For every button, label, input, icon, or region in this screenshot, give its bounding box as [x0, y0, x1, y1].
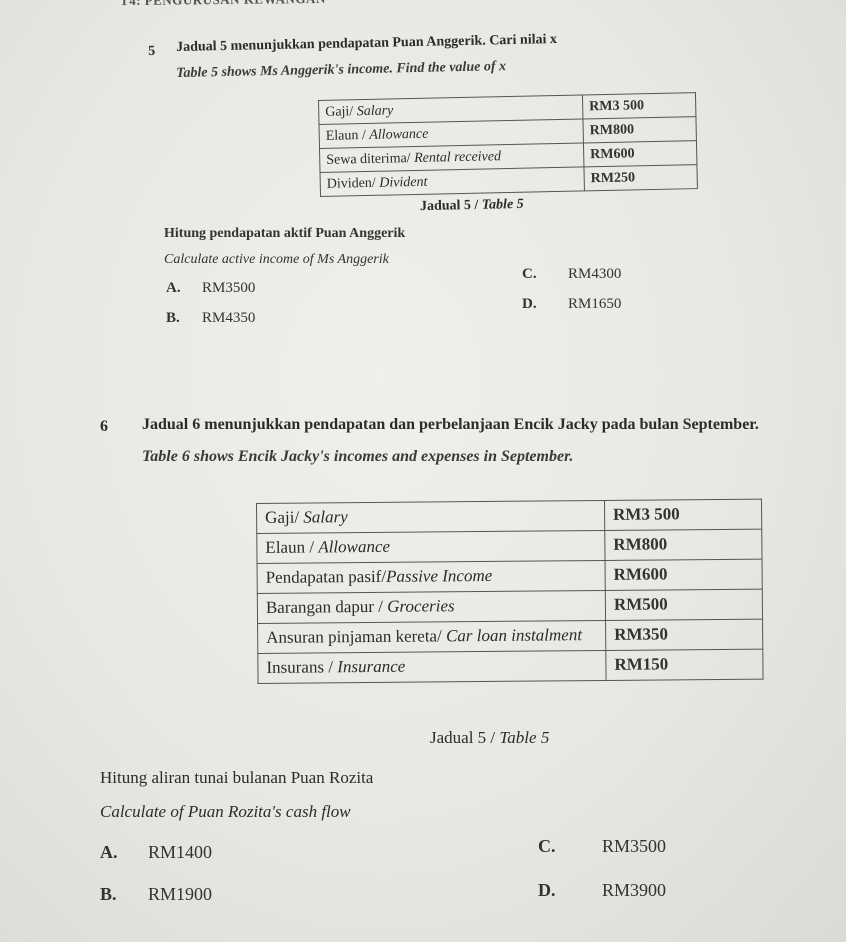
- table-row: Gaji/ Salary RM3 500: [257, 499, 762, 533]
- question-6-calc-en: Calculate of Puan Rozita's cash flow: [100, 802, 351, 822]
- option-letter: B.: [100, 884, 148, 905]
- question-6-option-c[interactable]: C.RM3500: [538, 836, 666, 857]
- caption-en: Table 5: [482, 197, 524, 213]
- option-value: RM4350: [202, 310, 255, 326]
- row-value: RM150: [606, 649, 763, 680]
- label-en: Allowance: [369, 126, 428, 142]
- label-ms: Elaun /: [326, 127, 370, 143]
- label-en: Salary: [357, 103, 394, 119]
- label-en: Passive Income: [386, 566, 492, 586]
- row-value: RM800: [605, 529, 762, 560]
- label-en: Car loan instalment: [446, 625, 582, 645]
- question-5-prompt-ms: Jadual 5 menunjukkan pendapatan Puan Ang…: [176, 32, 557, 56]
- page-header: T4: PENGURUSAN KEWANGAN: [120, 0, 326, 9]
- question-6-option-a[interactable]: A.RM1400: [100, 842, 212, 863]
- label-en: Salary: [303, 507, 348, 526]
- question-6-calc-ms: Hitung aliran tunai bulanan Puan Rozita: [100, 768, 373, 788]
- option-value: RM1400: [148, 842, 212, 862]
- row-value: RM600: [583, 141, 696, 167]
- table-row: Elaun / Allowance RM800: [257, 529, 762, 563]
- label-en: Insurance: [337, 657, 405, 677]
- label-ms: Barangan dapur /: [266, 597, 387, 617]
- question-5-prompt-en: Table 5 shows Ms Anggerik's income. Find…: [176, 59, 506, 82]
- label-ms: Elaun /: [265, 537, 318, 556]
- row-label: Elaun / Allowance: [257, 530, 605, 563]
- label-ms: Gaji/: [265, 508, 303, 527]
- row-label: Ansuran pinjaman kereta/ Car loan instal…: [258, 620, 606, 653]
- question-6-option-d[interactable]: D.RM3900: [538, 880, 666, 901]
- question-5-calc-en: Calculate active income of Ms Anggerik: [164, 252, 389, 268]
- row-label: Dividen/ Divident: [320, 167, 584, 197]
- option-letter: C.: [522, 266, 568, 283]
- caption-en: Table 5: [499, 728, 549, 747]
- option-value: RM4300: [568, 266, 621, 282]
- row-value: RM800: [583, 117, 696, 143]
- table-6-income-expenses: Gaji/ Salary RM3 500 Elaun / Allowance R…: [256, 499, 764, 684]
- table-5-caption: Jadual 5 / Table 5: [420, 197, 524, 215]
- question-5-option-d[interactable]: D.RM1650: [522, 296, 621, 313]
- table-row: Ansuran pinjaman kereta/ Car loan instal…: [258, 619, 763, 653]
- option-value: RM1650: [568, 296, 621, 312]
- label-en: Rental received: [414, 149, 501, 166]
- label-en: Groceries: [387, 596, 455, 616]
- table-row: Insurans / Insurance RM150: [258, 649, 763, 683]
- row-value: RM250: [584, 165, 697, 191]
- row-value: RM3 500: [582, 93, 695, 119]
- question-6-option-b[interactable]: B.RM1900: [100, 884, 212, 905]
- label-ms: Insurans /: [266, 657, 337, 677]
- caption-ms: Jadual 5 /: [430, 728, 499, 747]
- option-value: RM3900: [602, 880, 666, 900]
- row-value: RM500: [605, 589, 762, 620]
- row-label: Barangan dapur / Groceries: [257, 590, 605, 623]
- caption-ms: Jadual 5 /: [420, 198, 482, 214]
- label-en: Allowance: [318, 537, 390, 557]
- table-5-income: Gaji/ Salary RM3 500 Elaun / Allowance R…: [318, 92, 698, 197]
- label-ms: Pendapatan pasif/: [266, 567, 387, 587]
- question-5-option-b[interactable]: B.RM4350: [166, 310, 255, 327]
- question-5-number: 5: [148, 44, 155, 60]
- table-row: Barangan dapur / Groceries RM500: [257, 589, 762, 623]
- option-letter: A.: [166, 280, 202, 297]
- option-letter: D.: [522, 296, 568, 313]
- label-ms: Dividen/: [327, 175, 380, 191]
- label-ms: Gaji/: [325, 104, 357, 120]
- question-6-number: 6: [100, 418, 108, 436]
- option-letter: D.: [538, 880, 602, 901]
- row-label: Insurans / Insurance: [258, 650, 606, 683]
- option-letter: A.: [100, 842, 148, 863]
- row-value: RM350: [606, 619, 763, 650]
- table-6-caption: Jadual 5 / Table 5: [430, 728, 549, 748]
- option-value: RM1900: [148, 884, 212, 904]
- question-6-prompt-ms: Jadual 6 menunjukkan pendapatan dan perb…: [142, 416, 759, 434]
- question-5-option-c[interactable]: C.RM4300: [522, 266, 621, 283]
- option-letter: C.: [538, 836, 602, 857]
- question-5-option-a[interactable]: A.RM3500: [166, 280, 255, 297]
- table-row: Pendapatan pasif/Passive Income RM600: [257, 559, 762, 593]
- row-label: Gaji/ Salary: [257, 500, 605, 533]
- label-en: Divident: [379, 174, 428, 190]
- label-ms: Sewa diterima/: [326, 151, 414, 168]
- row-label: Pendapatan pasif/Passive Income: [257, 560, 605, 593]
- label-ms: Ansuran pinjaman kereta/: [266, 626, 446, 647]
- option-value: RM3500: [202, 280, 255, 296]
- row-value: RM600: [605, 559, 762, 590]
- option-letter: B.: [166, 310, 202, 327]
- question-5-calc-ms: Hitung pendapatan aktif Puan Anggerik: [164, 226, 405, 242]
- option-value: RM3500: [602, 836, 666, 856]
- question-6-prompt-en: Table 6 shows Encik Jacky's incomes and …: [142, 448, 573, 466]
- row-value: RM3 500: [604, 499, 761, 530]
